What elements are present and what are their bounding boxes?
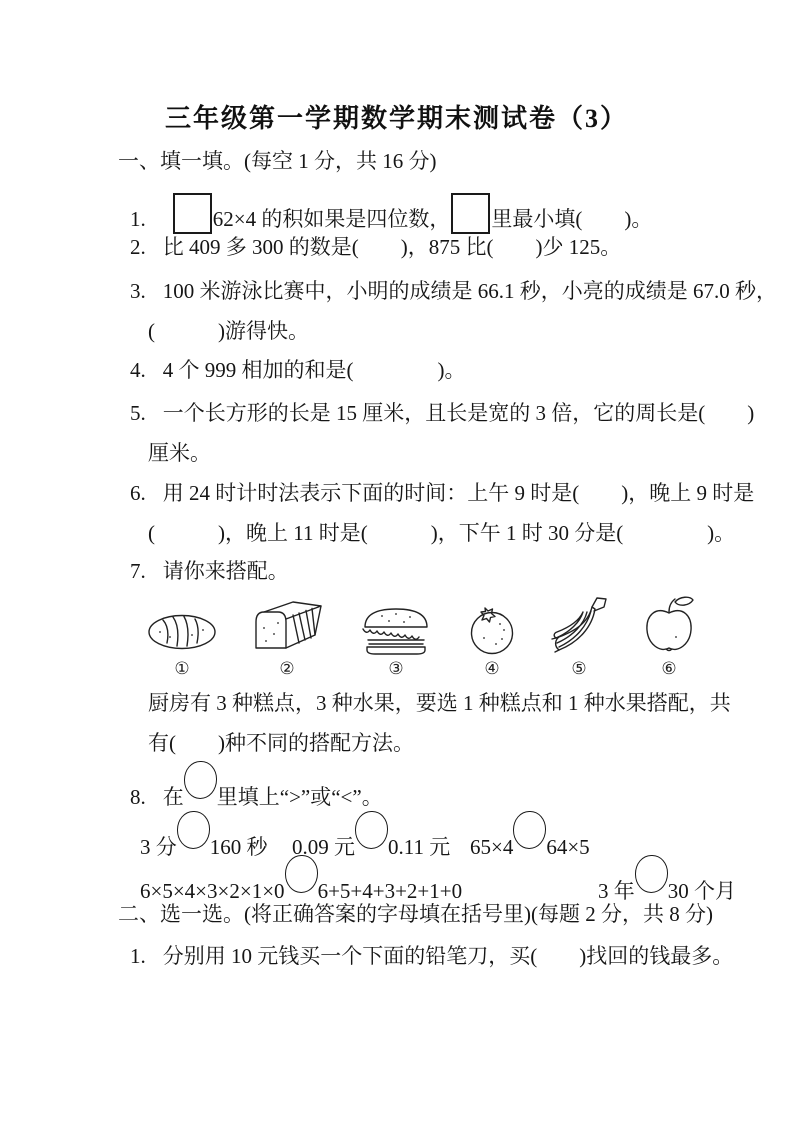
- food-figure-toast: ②: [248, 598, 326, 679]
- food-label-4: ④: [484, 659, 499, 679]
- comparison-2: 0.09 元0.11 元: [292, 818, 450, 861]
- page-title: 三年级第一学期数学期末测试卷（3）: [0, 98, 793, 135]
- food-label-3: ③: [388, 659, 403, 679]
- section-two-heading: 二、选一选。(将正确答案的字母填在括号里)(每题 2 分，共 8 分): [118, 901, 713, 927]
- question-8-pre: 在: [163, 785, 184, 809]
- test-paper-page: 三年级第一学期数学期末测试卷（3） 一、填一填。(每空 1 分，共 16 分) …: [0, 0, 793, 1122]
- bread-icon: [146, 604, 218, 656]
- question-6-line2: ( )，晚上 11 时是( )，下午 1 时 30 分是( )。: [148, 520, 735, 546]
- question-7: 7.请你来搭配。: [130, 558, 289, 584]
- question-7-number: 7.: [130, 558, 146, 584]
- question-3-line1: 3.100 米游泳比赛中，小明的成绩是 66.1 秒，小亮的成绩是 67.0 秒…: [130, 278, 777, 304]
- question-3-line2: ( )游得快。: [148, 318, 309, 344]
- question-1-text-b: 里最小填( )。: [491, 207, 652, 231]
- question-7-text: 请你来搭配。: [163, 559, 289, 583]
- food-label-1: ①: [174, 659, 189, 679]
- blank-box: [173, 193, 212, 234]
- orange-icon: [466, 600, 518, 656]
- comparison-row-2: 6×5×4×3×2×1×06+5+4+3+2+1+0 3 年30 个月: [0, 862, 793, 904]
- toast-icon: [248, 598, 326, 656]
- food-figure-hamburger: ③: [356, 602, 436, 679]
- question-6-line1: 6.用 24 时计时法表示下面的时间：上午 9 时是( )，晚上 9 时是: [130, 480, 754, 506]
- question-2: 2.比 409 多 300 的数是( )，875 比( )少 125。: [130, 234, 621, 260]
- comparison-3-left: 65×4: [470, 835, 513, 859]
- question-6-number: 6.: [130, 480, 146, 506]
- comparison-3-right: 64×5: [546, 835, 589, 859]
- comparison-5-right: 30 个月: [668, 879, 736, 903]
- question-5-number: 5.: [130, 400, 146, 426]
- comparison-row-1: 3 分160 秒 0.09 元0.11 元 65×464×5: [0, 818, 793, 860]
- question-3-number: 3.: [130, 278, 146, 304]
- compare-circle: [635, 855, 668, 893]
- question-8-post: 里填上“>”或“<”。: [217, 785, 383, 809]
- comparison-3: 65×464×5: [470, 818, 590, 860]
- section-two-question-1-number: 1.: [130, 943, 146, 969]
- comparison-4: 6×5×4×3×2×1×06+5+4+3+2+1+0: [140, 862, 462, 904]
- comparison-5-left: 3 年: [598, 879, 635, 903]
- question-7-line2: 有( )种不同的搭配方法。: [148, 730, 414, 756]
- comparison-1-left: 3 分: [140, 835, 177, 859]
- food-label-6: ⑥: [661, 659, 676, 679]
- question-5-line2: 厘米。: [148, 440, 211, 466]
- question-1: 1.62×4 的积如果是四位数，里最小填( )。: [130, 193, 652, 234]
- food-figure-banana: ⑤: [548, 594, 610, 679]
- blank-box: [451, 193, 490, 234]
- comparison-4-left: 6×5×4×3×2×1×0: [140, 879, 285, 903]
- food-figure-orange: ④: [466, 600, 518, 679]
- question-2-number: 2.: [130, 234, 146, 260]
- comparison-1: 3 分160 秒: [140, 818, 268, 861]
- question-8-number: 8.: [130, 784, 146, 810]
- food-figure-bread: ①: [146, 604, 218, 679]
- food-figure-apple: ⑥: [640, 594, 698, 679]
- question-5-text: 一个长方形的长是 15 厘米，且长是宽的 3 倍，它的周长是( ): [163, 401, 754, 425]
- question-4-text: 4 个 999 相加的和是( )。: [163, 358, 466, 382]
- question-4: 4.4 个 999 相加的和是( )。: [130, 357, 466, 383]
- compare-circle: [513, 811, 546, 849]
- food-label-5: ⑤: [571, 659, 586, 679]
- section-two-question-1: 1.分别用 10 元钱买一个下面的铅笔刀，买( )找回的钱最多。: [130, 943, 733, 969]
- apple-icon: [640, 594, 698, 656]
- question-4-number: 4.: [130, 357, 146, 383]
- question-2-text: 比 409 多 300 的数是( )，875 比( )少 125。: [163, 235, 621, 259]
- food-label-2: ②: [279, 659, 294, 679]
- comparison-4-right: 6+5+4+3+2+1+0: [318, 879, 463, 903]
- question-1-number: 1.: [130, 206, 146, 232]
- compare-circle: [184, 761, 217, 799]
- question-8: 8.在里填上“>”或“<”。: [130, 768, 383, 810]
- hamburger-icon: [356, 602, 436, 656]
- compare-circle: [355, 811, 388, 849]
- comparison-2-right: 0.11 元: [388, 835, 450, 859]
- compare-circle: [177, 811, 210, 849]
- question-6-text: 用 24 时计时法表示下面的时间：上午 9 时是( )，晚上 9 时是: [163, 481, 754, 505]
- section-two-question-1-text: 分别用 10 元钱买一个下面的铅笔刀，买( )找回的钱最多。: [163, 944, 733, 968]
- question-1-text-a: 62×4 的积如果是四位数，: [213, 207, 451, 231]
- comparison-1-right: 160 秒: [210, 835, 268, 859]
- question-7-line1: 厨房有 3 种糕点，3 种水果，要选 1 种糕点和 1 种水果搭配，共: [148, 690, 731, 716]
- banana-icon: [548, 594, 610, 656]
- question-3-text: 100 米游泳比赛中，小明的成绩是 66.1 秒，小亮的成绩是 67.0 秒，: [163, 279, 777, 303]
- question-5-line1: 5.一个长方形的长是 15 厘米，且长是宽的 3 倍，它的周长是( ): [130, 400, 754, 426]
- food-figure-row: ① ② ③: [146, 593, 698, 679]
- section-one-heading: 一、填一填。(每空 1 分，共 16 分): [118, 148, 437, 174]
- compare-circle: [285, 855, 318, 893]
- comparison-5: 3 年30 个月: [598, 862, 736, 905]
